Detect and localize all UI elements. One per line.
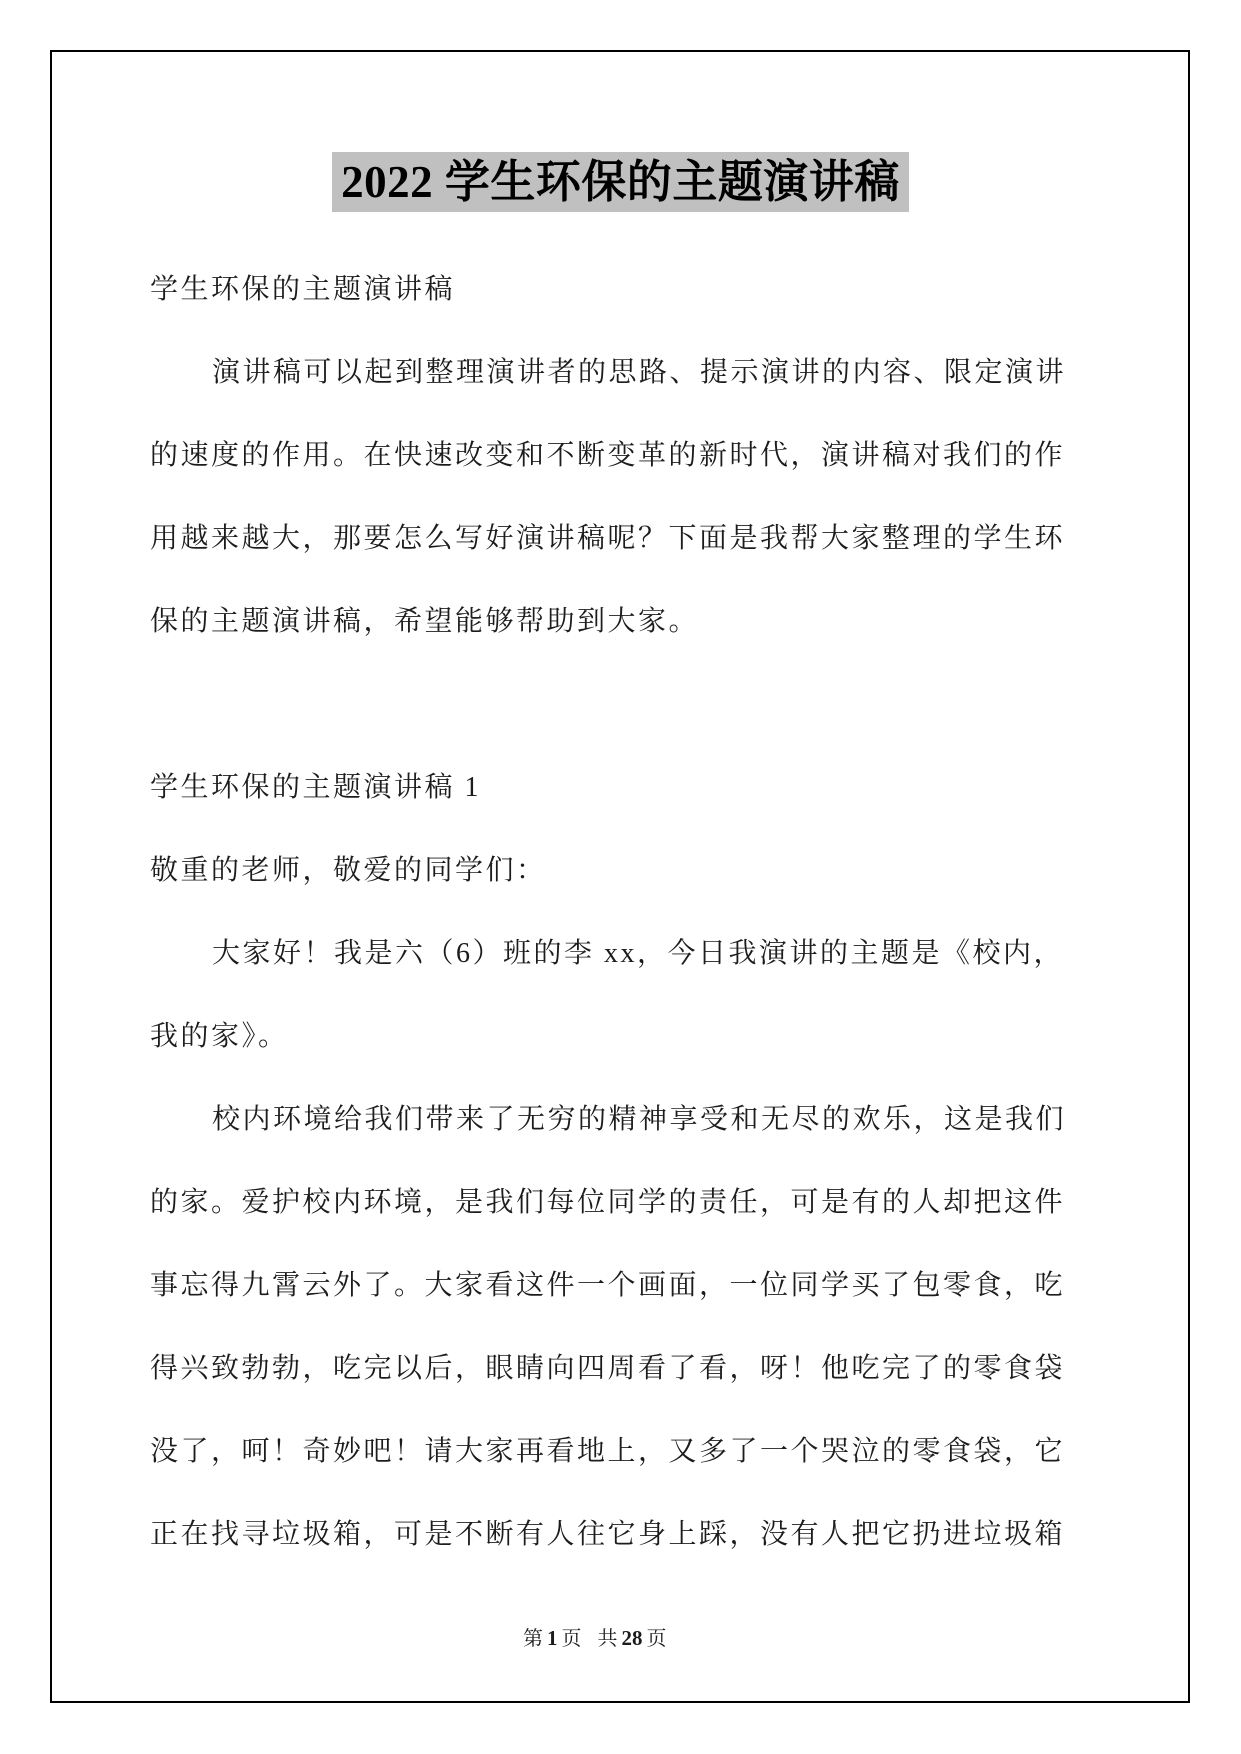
footer-total-label-prefix: 共: [598, 1622, 618, 1651]
body-line: 大家好！我是六（6）班的李 xx，今日我演讲的主题是《校内，: [150, 909, 1120, 992]
body-line: 我的家》。: [150, 992, 1120, 1075]
body-blank-line: [150, 660, 1120, 743]
body-line: 敬重的老师，敬爱的同学们：: [150, 826, 1120, 909]
body-line: 学生环保的主题演讲稿: [150, 245, 1120, 328]
body-line: 正在找寻垃圾箱，可是不断有人往它身上踩，没有人把它扔进垃圾箱: [150, 1490, 1120, 1573]
body-line: 事忘得九霄云外了。大家看这件一个画面，一位同学买了包零食，吃: [150, 1241, 1120, 1324]
body-line: 的家。爱护校内环境，是我们每位同学的责任，可是有的人却把这件: [150, 1158, 1120, 1241]
body-line: 演讲稿可以起到整理演讲者的思路、提示演讲的内容、限定演讲: [150, 328, 1120, 411]
title-row: 2022 学生环保的主题演讲稿: [0, 152, 1241, 212]
page-footer: 第 1 页 共 28 页: [523, 1622, 667, 1651]
body-line: 没了，呵！奇妙吧！请大家再看地上，又多了一个哭泣的零食袋，它: [150, 1407, 1120, 1490]
document-title: 2022 学生环保的主题演讲稿: [332, 152, 909, 212]
footer-current-page: 1: [547, 1626, 558, 1651]
body-line: 校内环境给我们带来了无穷的精神享受和无尽的欢乐，这是我们: [150, 1075, 1120, 1158]
body-line: 用越来越大，那要怎么写好演讲稿呢？下面是我帮大家整理的学生环: [150, 494, 1120, 577]
body-line: 学生环保的主题演讲稿 1: [150, 743, 1120, 826]
footer-total-pages: 28: [622, 1626, 643, 1651]
footer-page-label-suffix: 页: [562, 1622, 582, 1651]
footer-page-label-prefix: 第: [523, 1622, 543, 1651]
body-line: 的速度的作用。在快速改变和不断变革的新时代，演讲稿对我们的作: [150, 411, 1120, 494]
footer-total-label-suffix: 页: [647, 1622, 667, 1651]
document-body: 学生环保的主题演讲稿演讲稿可以起到整理演讲者的思路、提示演讲的内容、限定演讲的速…: [150, 245, 1120, 1573]
document-page: 2022 学生环保的主题演讲稿 学生环保的主题演讲稿演讲稿可以起到整理演讲者的思…: [0, 0, 1241, 1754]
body-line: 保的主题演讲稿，希望能够帮助到大家。: [150, 577, 1120, 660]
body-line: 得兴致勃勃，吃完以后，眼睛向四周看了看，呀！他吃完了的零食袋: [150, 1324, 1120, 1407]
